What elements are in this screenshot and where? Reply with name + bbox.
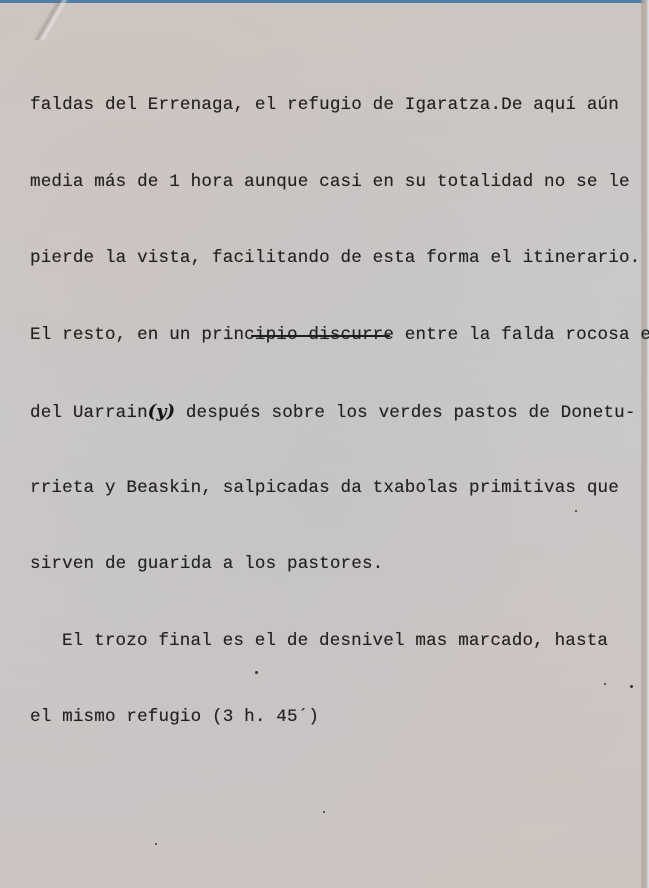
text-segment: después sobre los verdes pastos de Donet… xyxy=(175,403,635,423)
text-line: el mismo refugio (3 h. 45´) xyxy=(30,705,649,731)
text-segment: del Uarrain xyxy=(30,403,148,423)
paper-speck xyxy=(630,685,633,688)
text-line: pierde la vista, facilitando de esta for… xyxy=(30,246,649,272)
paper-crease xyxy=(30,0,70,40)
handwritten-insert: (y) xyxy=(148,401,175,422)
paper-speck xyxy=(255,671,258,674)
paper-speck xyxy=(604,683,606,685)
text-line: del Uarrain(y) después sobre los verdes … xyxy=(30,399,649,425)
paper-speck xyxy=(575,510,577,512)
section-divider xyxy=(251,335,390,337)
text-line: faldas del Errenaga, el refugio de Igara… xyxy=(30,93,649,119)
paper-speck xyxy=(155,843,157,845)
text-line: El trozo final es el de desnivel mas mar… xyxy=(30,629,649,655)
text-line: rrieta y Beaskin, salpicadas da txabolas… xyxy=(30,476,649,502)
body-text: faldas del Errenaga, el refugio de Igara… xyxy=(30,42,649,782)
scan-top-edge xyxy=(0,0,649,3)
text-line: media más de 1 hora aunque casi en su to… xyxy=(30,170,649,196)
text-line: sirven de guarida a los pastores. xyxy=(30,552,649,578)
typewritten-page: faldas del Errenaga, el refugio de Igara… xyxy=(0,0,649,888)
paper-speck xyxy=(323,811,325,813)
